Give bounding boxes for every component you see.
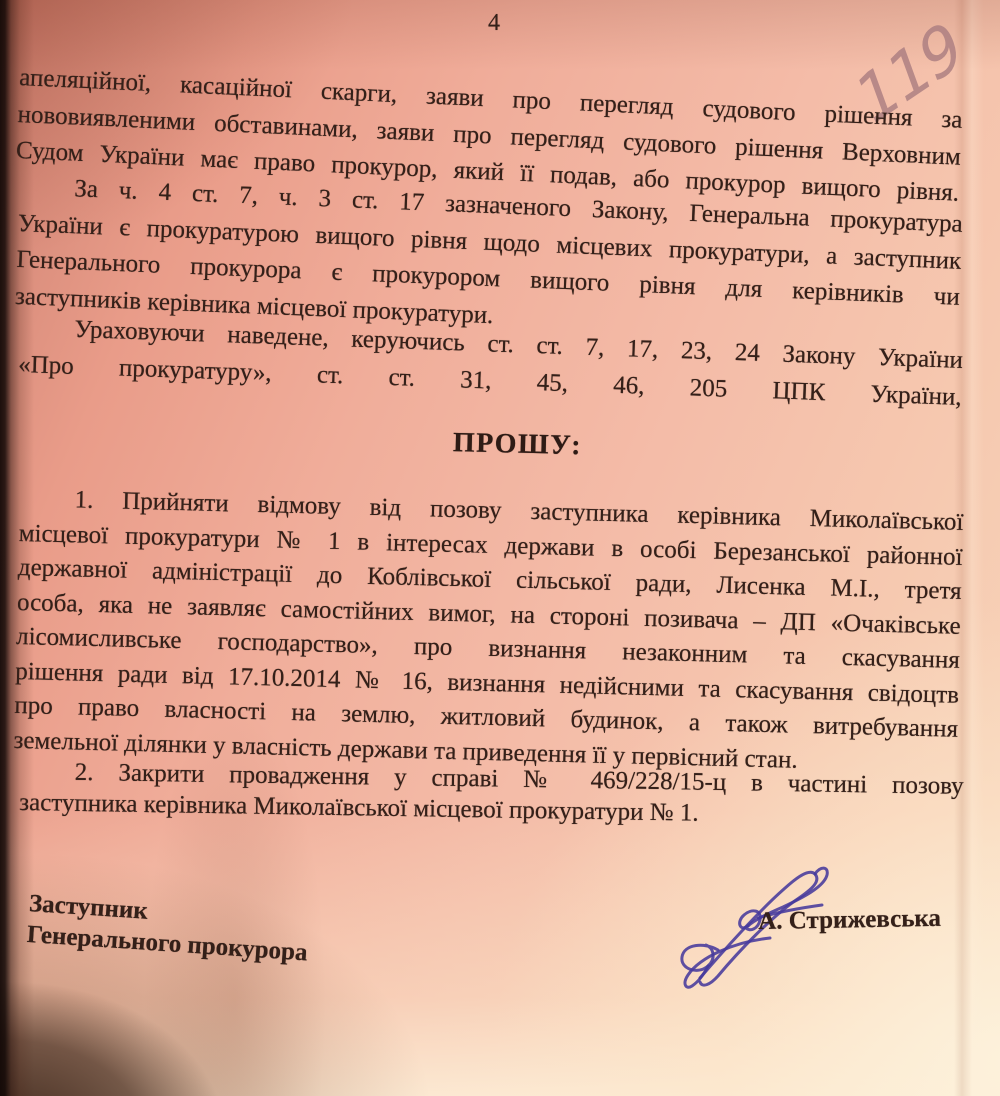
- paragraph-4: 1. Прийняти відмову від позову заступник…: [13, 485, 964, 785]
- page-number: 4: [0, 10, 994, 37]
- petition-heading: ПРОШУ:: [0, 416, 1000, 472]
- signatory-title: Заступник Генерального прокурора: [26, 890, 449, 980]
- signatory-name: А. Стрижевська: [758, 905, 941, 936]
- scanned-page: 4 119 апеляційної, касаційної скарги, за…: [0, 0, 1000, 1096]
